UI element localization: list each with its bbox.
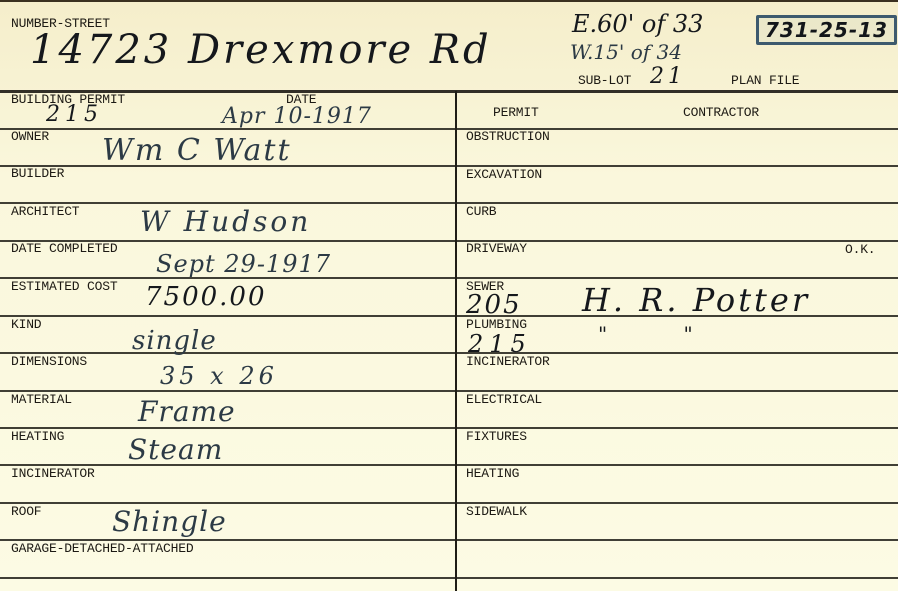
dimensions-label: DIMENSIONS [11,355,87,368]
heating-label: HEATING [11,430,64,443]
driveway-note: O.K. [845,243,875,256]
estimated-cost-label: ESTIMATED COST [11,280,117,293]
permit-card: NUMBER-STREET 14723 Drexmore Rd E.60' of… [0,0,898,591]
architect-label: ARCHITECT [11,205,79,218]
rule-top [0,90,898,93]
owner-value: Wm C Watt [102,136,292,166]
rule [0,240,898,242]
roof-label: ROOF [11,505,41,518]
row-label-obstruction: OBSTRUCTION [466,130,550,143]
material-label: MATERIAL [11,393,72,406]
rule [0,277,898,279]
kind-label: KIND [11,318,41,331]
row-label-curb: CURB [466,205,496,218]
permit-column-header: PERMIT [493,106,539,119]
row-label-electrical: ELECTRICAL [466,393,542,406]
material-value: Frame [138,398,236,426]
kind-value: single [132,328,217,354]
architect-value: W Hudson [140,208,311,236]
date-completed-value: Sept 29-1917 [156,252,331,276]
rule [0,577,898,579]
contractor-column-header: CONTRACTOR [683,106,759,119]
sub-lot-value: 21 [650,66,686,88]
rule [0,427,898,429]
rule [0,502,898,504]
address-value: 14723 Drexmore Rd [30,30,492,70]
roof-value: Shingle [112,508,227,536]
owner-label: OWNER [11,130,49,143]
file-number-stamp: 731-25-13 [756,15,897,45]
plumbing-permit-number: 215 [468,332,532,356]
sewer-contractor: H. R. Potter [582,284,810,316]
row-label-driveway: DRIVEWAY [466,242,527,255]
plumbing-contractor-ditto: " " [598,324,693,344]
row-label-heating: HEATING [466,467,519,480]
garage-label: GARAGE-DETACHED-ATTACHED [11,542,193,555]
estimated-cost-value: 7500.00 [145,284,267,310]
column-divider [455,91,457,591]
row-label-incinerator: INCINERATOR [466,355,550,368]
row-label-excavation: EXCAVATION [466,168,542,181]
rule [0,202,898,204]
date-completed-label: DATE COMPLETED [11,242,117,255]
dimensions-value: 35 x 26 [160,364,278,388]
date-value: Apr 10-1917 [222,106,372,128]
building-permit-value: 215 [46,104,103,126]
plan-file-label: PLAN FILE [731,74,799,87]
row-label-fixtures: FIXTURES [466,430,527,443]
sewer-permit-number: 205 [466,292,522,318]
heating-value: Steam [128,436,223,464]
lot-line-2: W.15' of 34 [570,42,682,62]
sub-lot-label: SUB-LOT [578,74,631,87]
rule [0,390,898,392]
lot-line-1: E.60' of 33 [572,12,703,36]
builder-label: BUILDER [11,167,64,180]
row-label-sidewalk: SIDEWALK [466,505,527,518]
incinerator-label: INCINERATOR [11,467,95,480]
